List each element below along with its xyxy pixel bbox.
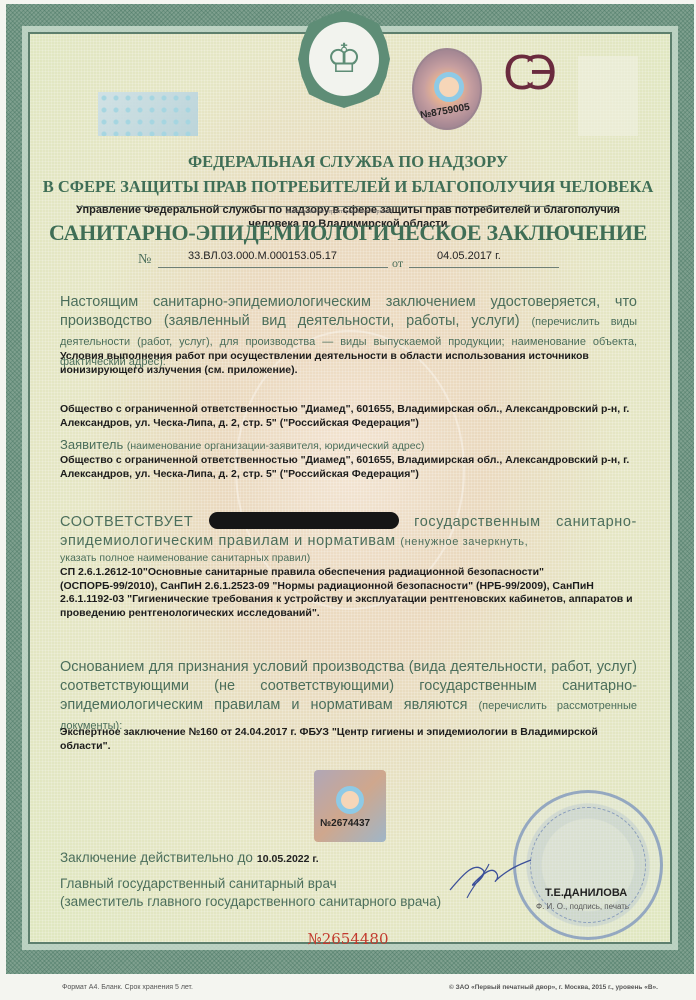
- official-stamp: [513, 790, 663, 940]
- signatory-title: Главный государственный санитарный врач …: [60, 875, 441, 911]
- c-mark-icon: [336, 786, 364, 814]
- conformity-word: СООТВЕТСТВУЕТ: [60, 514, 193, 530]
- se-logo: СЭ: [503, 50, 547, 96]
- basis-documents: Экспертное заключение №160 от 24.04.2017…: [60, 726, 637, 753]
- signer-name: Т.Е.ДАНИЛОВА: [545, 887, 627, 899]
- validity-label: Заключение действительно до: [60, 850, 253, 865]
- coat-of-arms-icon: ♔: [309, 22, 379, 96]
- hologram-serial: №8759005: [419, 102, 470, 122]
- hologram-bottom: №2674437: [314, 770, 386, 842]
- validity-date: 10.05.2022 г.: [257, 853, 319, 865]
- conformity-note-1: (ненужное зачеркнуть,: [400, 536, 528, 548]
- redaction-bar: [209, 512, 399, 529]
- signatory-title-2: (заместитель главного государственного с…: [60, 893, 441, 911]
- hologram-seal: №8759005: [412, 48, 482, 130]
- agency-title-line-2: В СФЕРЕ ЗАЩИТЫ ПРАВ ПОТРЕБИТЕЛЕЙ И БЛАГО…: [0, 177, 696, 197]
- validity-line: Заключение действительно до10.05.2022 г.: [60, 850, 319, 865]
- activity-value: Условия выполнения работ при осуществлен…: [60, 350, 637, 377]
- hologram-bottom-serial: №2674437: [320, 818, 370, 829]
- applicant-label: Заявитель: [60, 437, 123, 452]
- blank-serial-number: №2654480: [0, 930, 696, 948]
- date-label: от: [392, 256, 403, 271]
- authority-caption: (наименование территориального органа): [286, 209, 392, 215]
- signer-caption: Ф. И. О., подпись, печать: [536, 902, 629, 911]
- sanitary-rules: СП 2.6.1.2612-10"Основные санитарные пра…: [60, 566, 637, 620]
- conformity-statement: СООТВЕТСТВУЕТ государственным санитарно-…: [60, 512, 637, 552]
- hologram-strip: [98, 92, 198, 136]
- blank-area: [578, 56, 638, 136]
- number-label: №: [138, 252, 151, 268]
- document-date: 04.05.2017 г.: [437, 250, 501, 262]
- signature-icon: [445, 852, 535, 902]
- number-rule: [158, 267, 388, 268]
- c-mark-icon: [434, 72, 464, 102]
- document-number: 33.ВЛ.03.000.М.000153.05.17: [188, 250, 337, 262]
- document-title: САНИТАРНО-ЭПИДЕМИОЛОГИЧЕСКОЕ ЗАКЛЮЧЕНИЕ: [0, 220, 696, 246]
- footer-format-note: Формат А4. Бланк. Срок хранения 5 лет.: [62, 984, 193, 991]
- object-address: Общество с ограниченной ответственностью…: [60, 403, 637, 430]
- basis-statement: Основанием для признания условий произво…: [60, 658, 637, 736]
- signatory-title-1: Главный государственный санитарный врач: [60, 875, 441, 893]
- authority-rule: [78, 206, 618, 207]
- applicant-note: (наименование организации-заявителя, юри…: [127, 440, 424, 452]
- conformity-note-2: указать полное наименование санитарных п…: [60, 552, 637, 564]
- footer-printer-note: © ЗАО «Первый печатный двор», г. Москва,…: [449, 984, 658, 991]
- agency-title-line-1: ФЕДЕРАЛЬНАЯ СЛУЖБА ПО НАДЗОРУ: [0, 152, 696, 172]
- applicant-value: Общество с ограниченной ответственностью…: [60, 454, 637, 481]
- applicant-label-line: Заявитель (наименование организации-заяв…: [60, 437, 637, 454]
- date-rule: [409, 267, 559, 268]
